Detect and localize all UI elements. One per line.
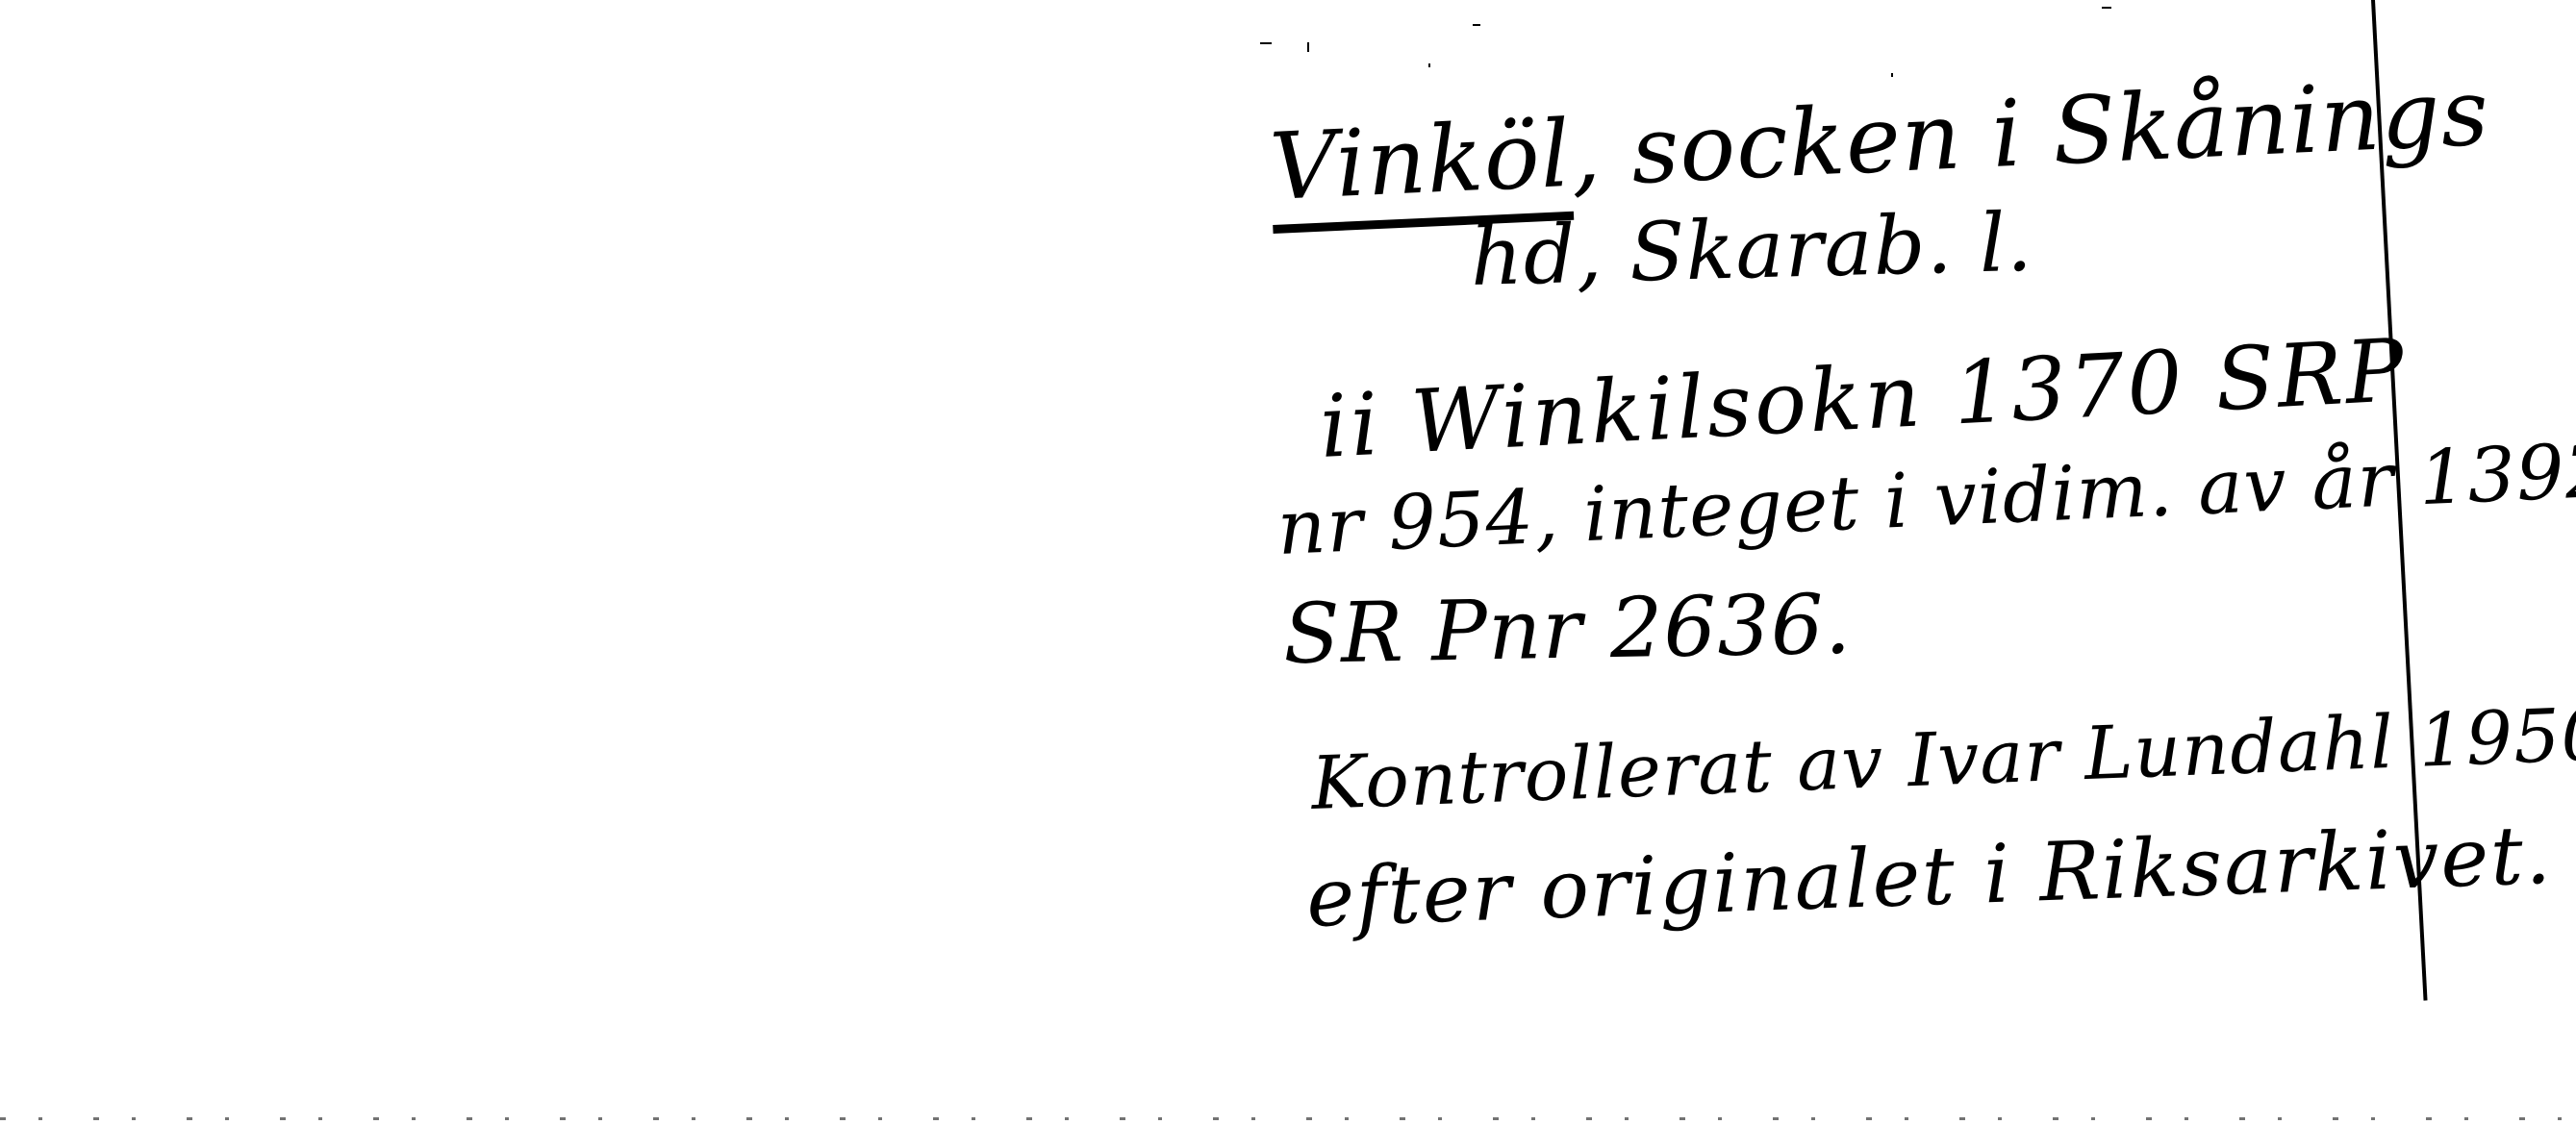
scan-speck — [1473, 24, 1480, 26]
source-citation-line-3: SR Pnr 2636. — [1282, 577, 1853, 683]
verification-note-line-1: Kontrollerat av Ivar Lundahl 1950 — [1310, 690, 2576, 826]
scan-speck — [2102, 7, 2111, 9]
parish-description: , socken i Skånings — [1568, 59, 2491, 208]
verification-note-line-2: efter originalet i Riksarkivet. — [1305, 808, 2555, 945]
scan-speck — [1428, 63, 1430, 67]
card-heading-line: Vinköl, socken i Skånings — [1268, 59, 2491, 221]
scan-speck — [1307, 42, 1309, 52]
scan-noise-strip — [0, 1117, 2576, 1120]
scan-speck — [1891, 73, 1893, 77]
index-card: Vinköl, socken i Skånings hd, Skarab. l.… — [0, 0, 2576, 1125]
scan-speck — [1260, 42, 1272, 44]
district-line: hd, Skarab. l. — [1469, 195, 2033, 304]
